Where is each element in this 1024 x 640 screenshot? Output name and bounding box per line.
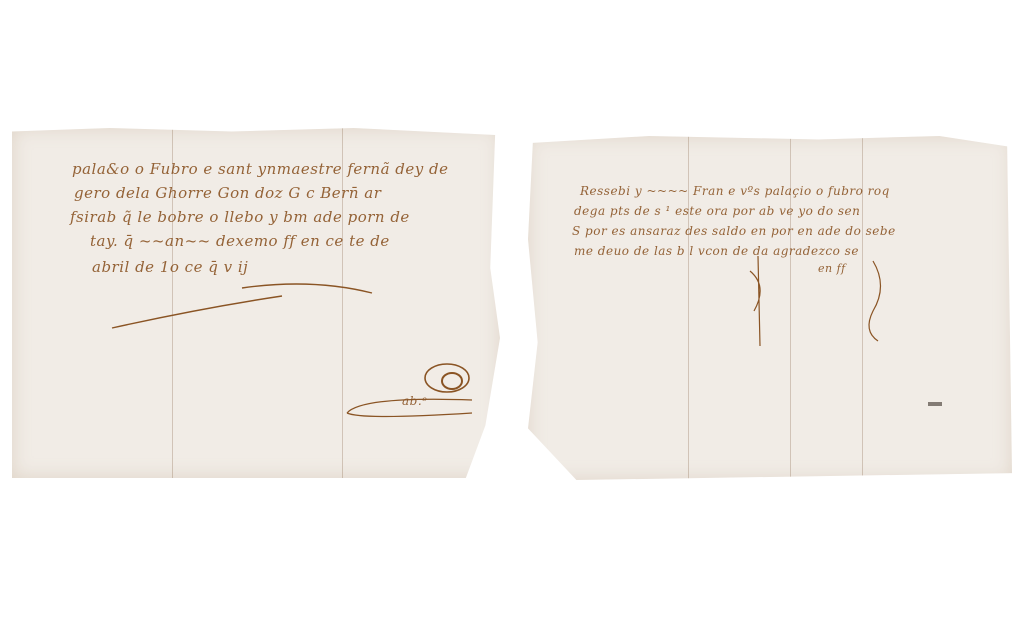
annotation-text: Ṽ de M. ezequiel a de — [508, 261, 519, 381]
manuscript-page-recto: pala&o o Fubro e sant ynmaestre fernã de… — [12, 128, 500, 478]
manuscript-page-verso: Ressebi y ~~~~ Fran e vºs palaçio o fubr… — [528, 136, 1012, 480]
signature-flourish — [528, 136, 1012, 480]
signature-flourish — [12, 128, 500, 478]
annotation-text: ab.ᵒ — [402, 394, 427, 408]
